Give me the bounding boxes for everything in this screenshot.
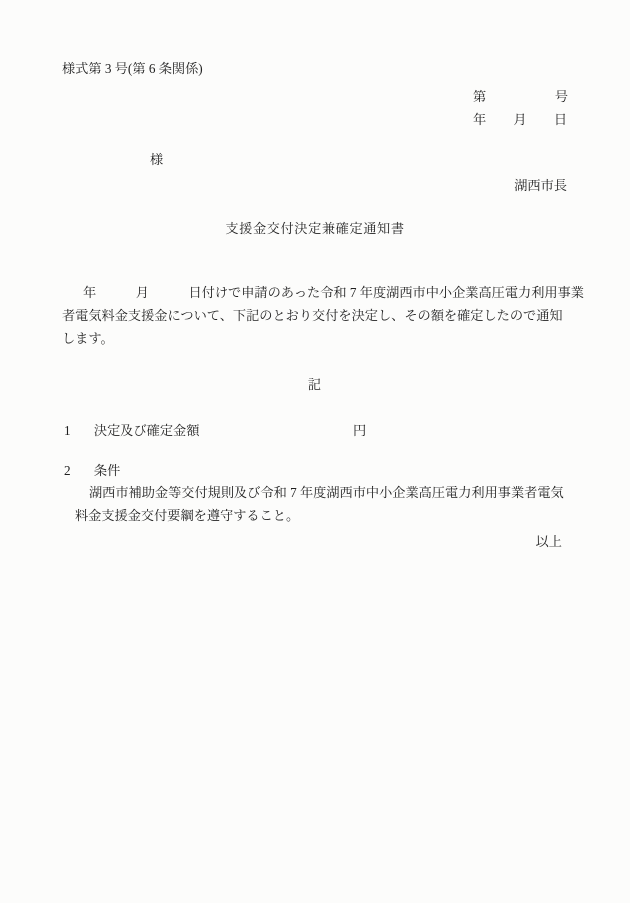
body-line: します。 [62,327,568,350]
date-day-label: 日 [554,113,567,126]
item-conditions: 2 条件 [62,464,568,477]
doc-number-suffix: 号 [555,90,568,103]
form-number-label: 様式第 3 号(第 6 条関係) [62,62,203,75]
date-line: 年 月 日 [473,113,567,126]
document-title: 支援金交付決定兼確定通知書 [0,222,630,235]
sender-name: 湖西市長 [514,179,567,192]
item-number: 1 [64,424,71,437]
item-conditions-label: 条件 [94,464,120,477]
conditions-detail-line: 料金支援金交付要綱を遵守すること。 [62,504,568,527]
body-line: 年 月 日付けで申請のあった令和 7 年度湖西市中小企業高圧電力利用事業 [62,281,568,304]
body-line: 者電気料金支援金について、下記のとおり交付を決定し、その額を確定したので通知 [62,304,568,327]
record-marker: 記 [0,378,630,391]
item-amount-label: 決定及び確定金額 [94,424,200,437]
item-decided-amount: 1 決定及び確定金額 円 [62,424,568,437]
conditions-detail: 湖西市補助金等交付規則及び令和 7 年度湖西市中小企業高圧電力利用事業者電気 料… [62,481,568,527]
addressee-honorific: 様 [150,153,163,166]
body-paragraph: 年 月 日付けで申請のあった令和 7 年度湖西市中小企業高圧電力利用事業 者電気… [62,281,568,350]
amount-unit-yen-label: 円 [353,424,366,437]
document-page: 様式第 3 号(第 6 条関係) 第 号 年 月 日 様 湖西市長 支援金交付決… [0,0,630,903]
date-year-label: 年 [473,113,486,126]
document-number-line: 第 号 [473,90,568,103]
date-month-label: 月 [513,113,526,126]
item-number: 2 [64,464,71,477]
closing-ijou-label: 以上 [536,535,562,548]
doc-number-prefix: 第 [473,90,486,103]
conditions-detail-line: 湖西市補助金等交付規則及び令和 7 年度湖西市中小企業高圧電力利用事業者電気 [62,481,568,504]
